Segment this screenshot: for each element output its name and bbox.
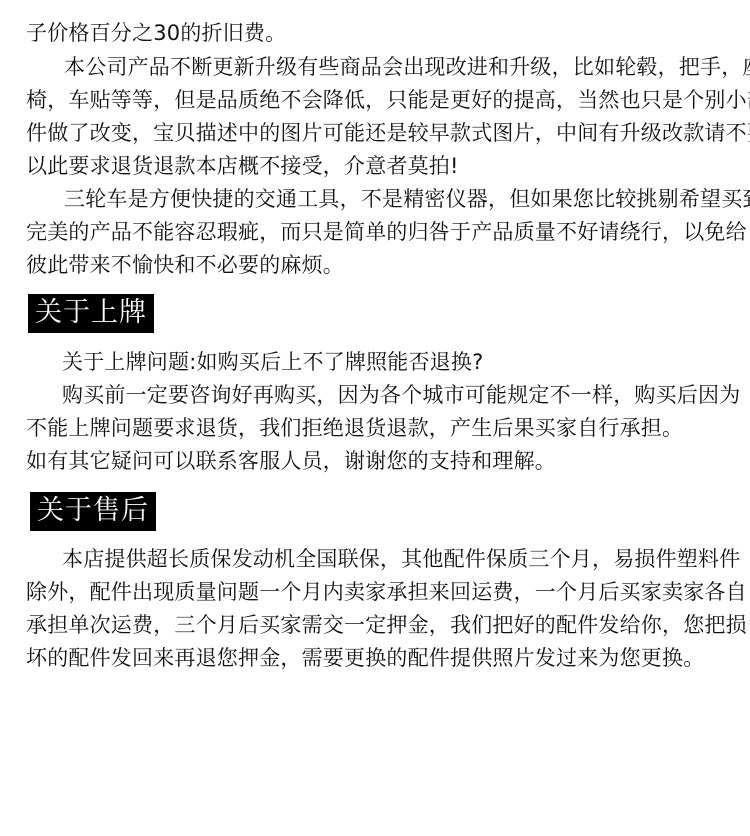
- intro-line: 子价格百分之30的折旧费。: [26, 17, 286, 50]
- after-sales-line: 本店提供超长质保发动机全国联保，其他配件保质三个月，易损件塑料件: [62, 543, 740, 576]
- after-sales-line: 除外，配件出现质量问题一个月内卖家承担来回运费，一个月后买家卖家各自: [26, 576, 747, 609]
- intro-line: 彼此带来不愉快和不必要的麻烦。: [26, 249, 344, 282]
- registration-line: 购买前一定要咨询好再购买，因为各个城市可能规定不一样，购买后因为: [62, 379, 740, 412]
- registration-line: 如有其它疑问可以联系客服人员，谢谢您的支持和理解。: [26, 445, 556, 478]
- after-sales-heading: 关于售后: [30, 492, 156, 531]
- intro-line: 以此要求退货退款本店概不接受，介意者莫拍!: [26, 150, 459, 183]
- registration-heading: 关于上牌: [28, 294, 154, 333]
- after-sales-line: 承担单次运费，三个月后买家需交一定押金，我们把好的配件发给你，您把损: [26, 609, 747, 642]
- intro-line: 三轮车是方便快捷的交通工具，不是精密仪器，但如果您比较挑剔希望买到: [64, 183, 750, 216]
- intro-line: 件做了改变，宝贝描述中的图片可能还是较早款式图片，中间有升级改款请不要: [26, 117, 750, 150]
- after-sales-line: 坏的配件发回来再退您押金，需要更换的配件提供照片发过来为您更换。: [26, 642, 704, 675]
- intro-line: 椅，车贴等等，但是品质绝不会降低，只能是更好的提高，当然也只是个别小部: [26, 84, 750, 117]
- registration-line: 不能上牌问题要求退货，我们拒绝退货退款，产生后果买家自行承担。: [26, 412, 683, 445]
- registration-line: 关于上牌问题:如购买后上不了牌照能否退换?: [62, 346, 483, 379]
- intro-line: 本公司产品不断更新升级有些商品会出现改进和升级，比如轮毂，把手，座: [64, 51, 750, 84]
- intro-line: 完美的产品不能容忍瑕疵，而只是简单的归咎于产品质量不好请绕行，以免给: [26, 216, 747, 249]
